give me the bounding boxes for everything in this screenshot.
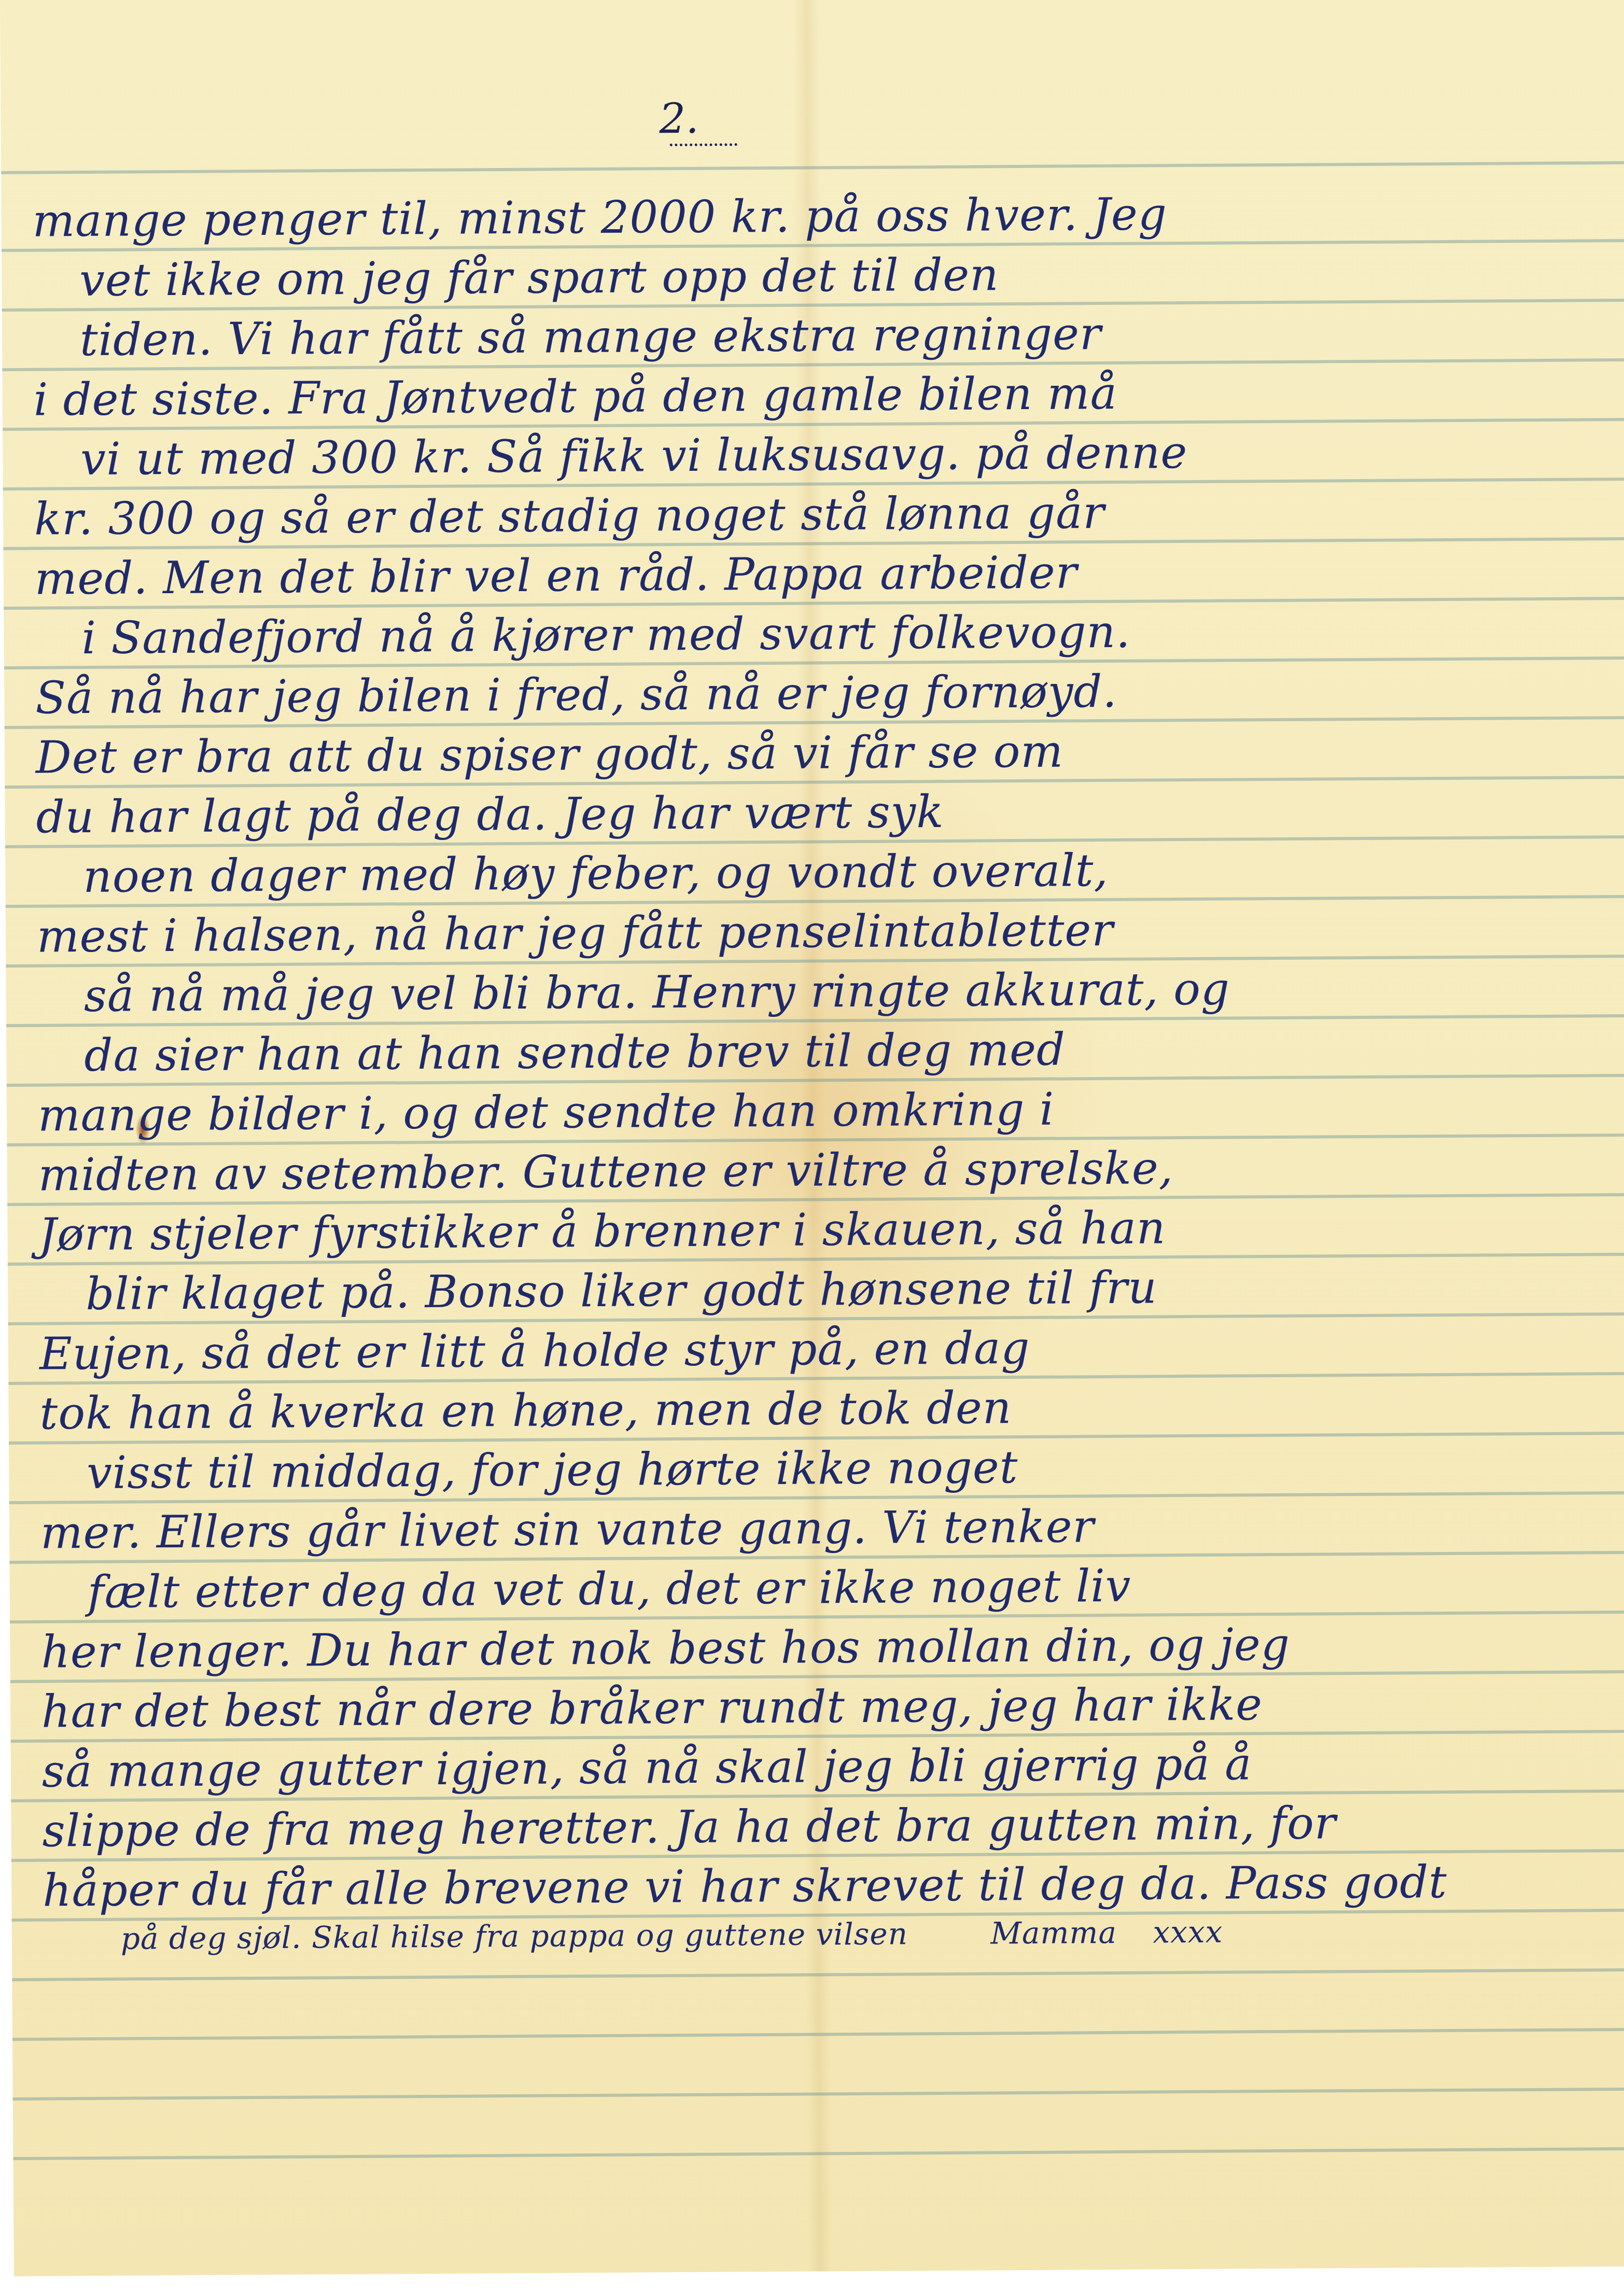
- letter-line: i det siste. Fra Jøntvedt på den gamle b…: [33, 361, 1610, 430]
- letter-line: så mange gutter igjen, så nå skal jeg bl…: [42, 1732, 1619, 1802]
- letter-line: har det best når dere bråker rundt meg, …: [41, 1673, 1618, 1742]
- letter-line: noen dager med høy feber, og vondt overa…: [36, 838, 1613, 907]
- page-number-underline: [670, 143, 737, 148]
- closing-text: på deg sjøl. Skal hilse fra pappa og gut…: [121, 1916, 908, 1956]
- letter-line: mange bilder i, og det sendte han omkrin…: [38, 1076, 1615, 1146]
- letter-line: vi ut med 300 kr. Så fikk vi luksusavg. …: [34, 421, 1611, 490]
- letter-line: tok han å kverka en høne, men de tok den: [39, 1375, 1616, 1444]
- letter-line: Jørn stjeler fyrstikker å brenner i skau…: [38, 1196, 1615, 1265]
- letter-line: håper du får alle brevene vi har skrevet…: [43, 1852, 1619, 1921]
- kisses: xxxx: [1153, 1914, 1223, 1951]
- letter-line: kr. 300 og så er det stadig noget stå lø…: [34, 480, 1611, 550]
- letter-line: mest i halsen, nå har jeg fått penselint…: [37, 898, 1614, 967]
- letter-line: mange penger til, minst 2000 kr. på oss …: [32, 182, 1609, 251]
- signature: Mamma: [990, 1914, 1117, 1951]
- letter-line: da sier han at han sendte brev til deg m…: [37, 1017, 1614, 1086]
- letter-line: blir klaget på. Bonso liker godt hønsene…: [39, 1255, 1616, 1325]
- letter-line: vet ikke om jeg får spart opp det til de…: [33, 242, 1609, 311]
- ruled-line: [12, 1968, 1624, 1981]
- letter-body: mange penger til, minst 2000 kr. på oss …: [32, 182, 1619, 1957]
- ruled-line: [13, 2088, 1624, 2101]
- letter-line: Eujen, så det er litt å holde styr på, e…: [39, 1315, 1616, 1384]
- letter-line: tiden. Vi har fått så mange ekstra regni…: [33, 301, 1610, 371]
- letter-line: mer. Ellers går livet sin vante gang. Vi…: [40, 1494, 1617, 1563]
- letter-line: med. Men det blir vel en råd. Pappa arbe…: [34, 540, 1611, 609]
- letter-line: Så nå har jeg bilen i fred, så nå er jeg…: [35, 659, 1612, 729]
- letter-line: Det er bra att du spiser godt, så vi får…: [36, 719, 1613, 788]
- letter-paper: 2. mange penger til, minst 2000 kr. på o…: [0, 0, 1624, 2276]
- ruled-line: [13, 2147, 1624, 2160]
- letter-line: slippe de fra meg heretter. Ja ha det br…: [42, 1792, 1619, 1862]
- letter-line: her lenger. Du har det nok best hos moll…: [41, 1613, 1618, 1683]
- ruled-line: [1, 161, 1624, 174]
- ruled-line: [12, 2028, 1624, 2041]
- letter-line: fælt etter deg da vet du, det er ikke no…: [40, 1554, 1617, 1623]
- letter-line: visst til middag, for jeg hørte ikke nog…: [40, 1434, 1617, 1504]
- letter-line: i Sandefjord nå å kjører med svart folke…: [35, 599, 1612, 669]
- letter-line: midten av setember. Guttene er viltre å …: [38, 1136, 1615, 1206]
- page-number: 2.: [659, 94, 699, 143]
- letter-line: så nå må jeg vel bli bra. Henry ringte a…: [37, 957, 1614, 1027]
- letter-line: du har lagt på deg da. Jeg har vært syk: [36, 778, 1613, 848]
